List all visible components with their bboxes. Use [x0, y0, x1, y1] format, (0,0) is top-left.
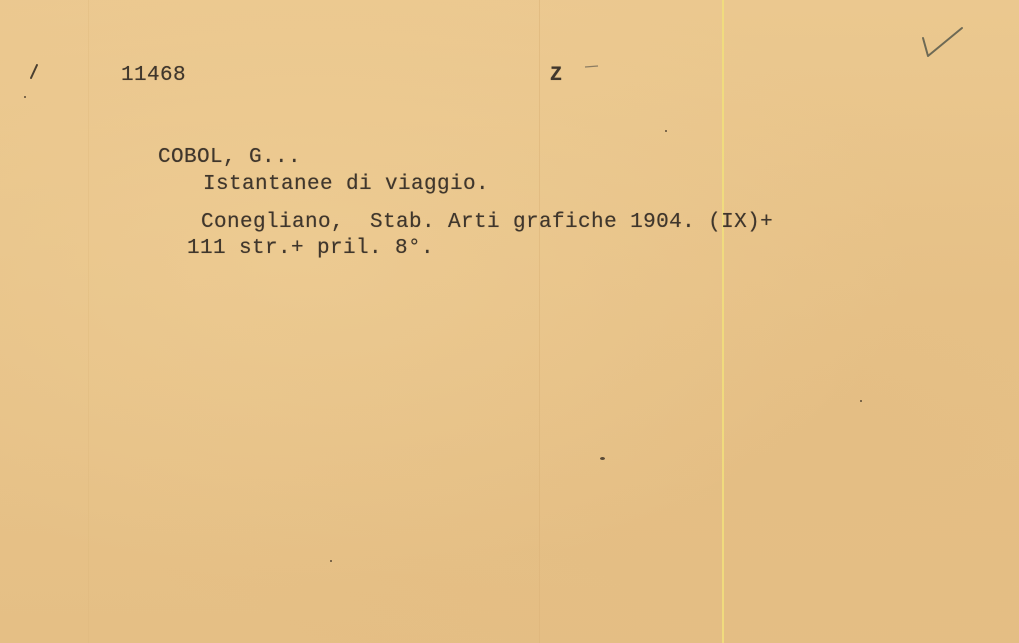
- book-title: Istantanee di viaggio.: [203, 173, 489, 197]
- pencil-mark-icon: [584, 64, 600, 70]
- paper-speck: [665, 130, 667, 132]
- pencil-tick-icon: [28, 63, 40, 81]
- margin-line: [722, 0, 724, 643]
- paper-speck: [600, 457, 605, 460]
- paper-fold-line: [539, 0, 540, 643]
- author-heading: COBOL, G...: [158, 146, 301, 170]
- paper-speck: [330, 560, 332, 562]
- catalog-card: 11468 Z COBOL, G... Istantanee di viaggi…: [0, 0, 1019, 643]
- check-icon: [920, 26, 964, 60]
- collation-line: 111 str.+ pril. 8°.: [187, 237, 434, 261]
- paper-speck: [860, 400, 862, 402]
- accession-number: 11468: [121, 64, 186, 88]
- paper-fold-line: [88, 0, 89, 643]
- imprint-line: Conegliano, Stab. Arti grafiche 1904. (I…: [201, 211, 773, 235]
- classification-letter: Z: [550, 64, 562, 88]
- paper-speck: [24, 96, 26, 98]
